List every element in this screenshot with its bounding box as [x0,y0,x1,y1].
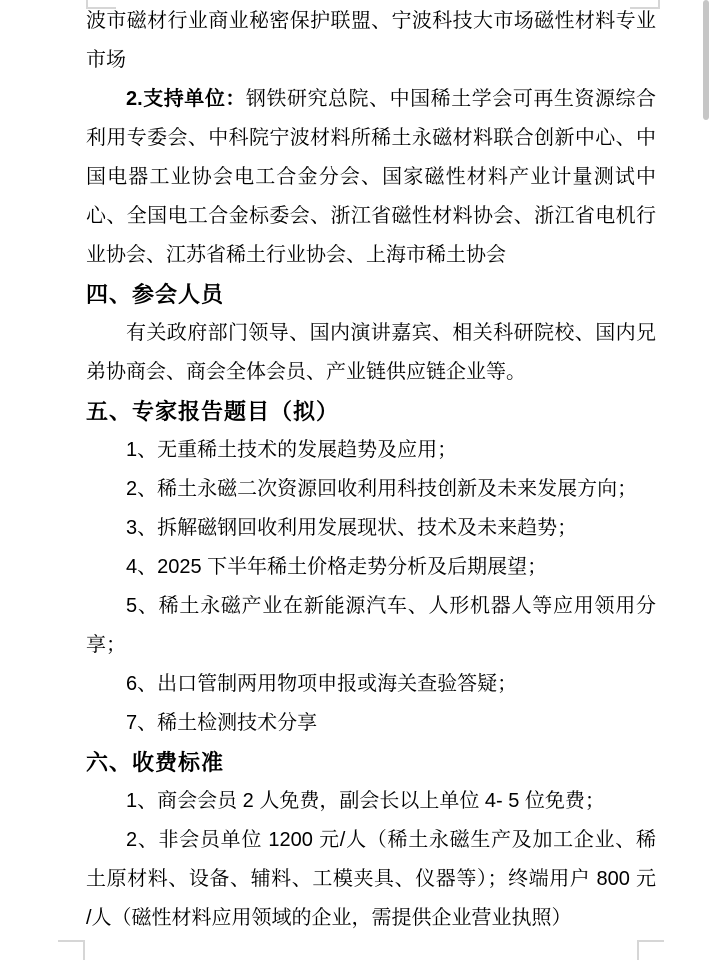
section-heading: 五、专家报告题目（拟） [86,392,656,431]
text-line: 2、非会员单位 1200 元/人（稀土永磁生产及加工企业、稀 [86,821,656,860]
text-run: 享； [86,634,126,656]
text-line: 利用专委会、中科院宁波材料所稀土永磁材料联合创新中心、中 [86,119,656,158]
section-heading: 四、参会人员 [86,275,656,314]
text-line: 2、稀土永磁二次资源回收利用科技创新及未来发展方向； [86,470,656,509]
text-line: 业协会、江苏省稀土行业协会、上海市稀土协会 [86,236,656,275]
text-line: 3、拆解磁钢回收利用发展现状、技术及未来趋势； [86,509,656,548]
text-line: 2.支持单位：钢铁研究总院、中国稀土学会可再生资源综合 [86,80,656,119]
text-line: 土原材料、设备、辅料、工模夹具、仪器等）；终端用户 800 元 [86,860,656,899]
text-run: 心、全国电工合金标委会、浙江省磁性材料协会、浙江省电机行 [86,205,656,227]
text-run: 波市磁材行业商业秘密保护联盟、宁波科技大市场磁性材料专业 [86,10,656,32]
crop-mark-bottom-right [637,940,664,960]
section-heading: 六、收费标准 [86,743,656,782]
text-run: 五、专家报告题目（拟） [86,399,339,424]
text-run: 四、参会人员 [86,282,224,307]
text-run: 弟协商会、商会全体会员、产业链供应链企业等。 [86,361,526,383]
text-line: 心、全国电工合金标委会、浙江省磁性材料协会、浙江省电机行 [86,197,656,236]
text-run: 3、拆解磁钢回收利用发展现状、技术及未来趋势； [126,517,577,539]
text-run: 2、稀土永磁二次资源回收利用科技创新及未来发展方向； [126,478,637,500]
text-line: 市场 [86,41,656,80]
text-line: 1、商会会员 2 人免费，副会长以上单位 4- 5 位免费； [86,782,656,821]
text-run: 土原材料、设备、辅料、工模夹具、仪器等）；终端用户 800 元 [86,868,656,890]
text-line: 5、稀土永磁产业在新能源汽车、人形机器人等应用领用分 [86,587,656,626]
text-run: 4、2025 下半年稀土价格走势分析及后期展望； [126,556,547,578]
text-line: 弟协商会、商会全体会员、产业链供应链企业等。 [86,353,656,392]
text-line: 4、2025 下半年稀土价格走势分析及后期展望； [86,548,656,587]
text-line: 有关政府部门领导、国内演讲嘉宾、相关科研院校、国内兄 [86,314,656,353]
document-page: 波市磁材行业商业秘密保护联盟、宁波科技大市场磁性材料专业市场2.支持单位：钢铁研… [0,0,720,960]
text-run: 支持单位： [143,88,246,110]
text-line: /人（磁性材料应用领域的企业，需提供企业营业执照） [86,899,656,938]
crop-mark-bottom-left [58,940,85,960]
text-line: 7、稀土检测技术分享 [86,704,656,743]
text-line: 享； [86,626,656,665]
text-run: 7、稀土检测技术分享 [126,712,317,734]
text-run: 国电器工业协会电工合金分会、国家磁性材料产业计量测试中 [86,166,656,188]
text-run: /人（磁性材料应用领域的企业，需提供企业营业执照） [86,907,572,929]
document-text: 波市磁材行业商业秘密保护联盟、宁波科技大市场磁性材料专业市场2.支持单位：钢铁研… [86,2,656,938]
text-run: 5、稀土永磁产业在新能源汽车、人形机器人等应用领用分 [126,595,656,617]
text-run: 业协会、江苏省稀土行业协会、上海市稀土协会 [86,244,506,266]
scrollbar-thumb[interactable] [703,0,709,120]
text-line: 国电器工业协会电工合金分会、国家磁性材料产业计量测试中 [86,158,656,197]
text-run: 利用专委会、中科院宁波材料所稀土永磁材料联合创新中心、中 [86,127,656,149]
text-line: 波市磁材行业商业秘密保护联盟、宁波科技大市场磁性材料专业 [86,2,656,41]
text-run: 1、无重稀土技术的发展趋势及应用； [126,439,457,461]
text-line: 6、出口管制两用物项申报或海关查验答疑； [86,665,656,704]
text-run: 有关政府部门领导、国内演讲嘉宾、相关科研院校、国内兄 [126,322,656,344]
text-run: 2、非会员单位 1200 元/人（稀土永磁生产及加工企业、稀 [126,829,656,851]
text-run: 1、商会会员 2 人免费，副会长以上单位 4- 5 位免费； [126,790,605,812]
text-run: 2. [126,88,143,110]
text-run: 市场 [86,49,126,71]
text-run: 钢铁研究总院、中国稀土学会可再生资源综合 [246,88,656,110]
text-line: 1、无重稀土技术的发展趋势及应用； [86,431,656,470]
text-run: 六、收费标准 [86,750,224,775]
text-run: 6、出口管制两用物项申报或海关查验答疑； [126,673,517,695]
